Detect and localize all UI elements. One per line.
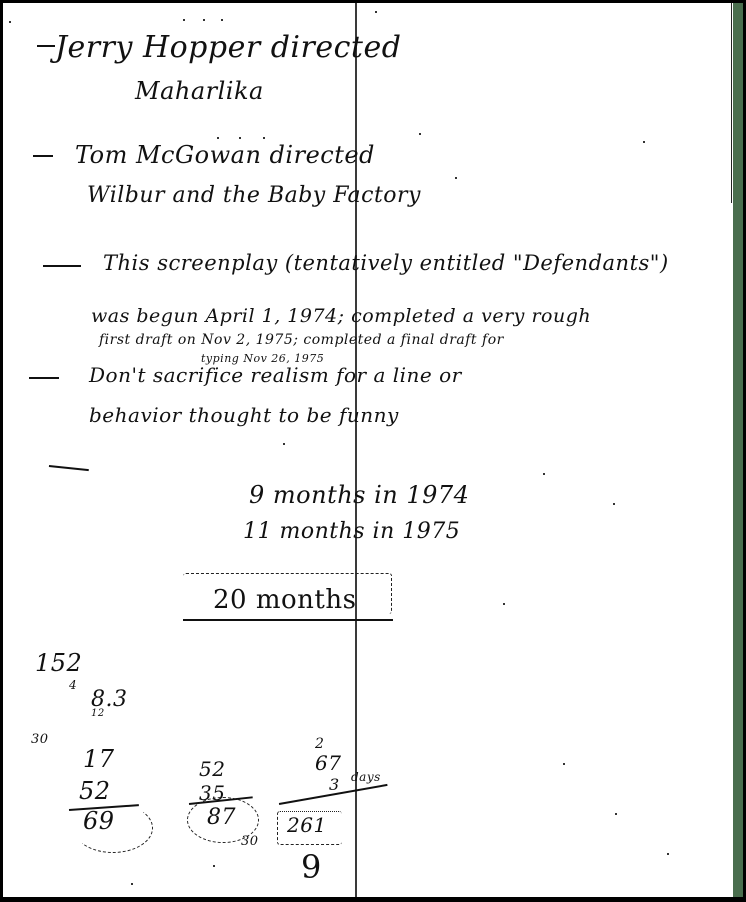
right-margin-rule	[731, 3, 732, 203]
scan-speck	[217, 137, 219, 139]
calc-col3-b: 3	[329, 777, 340, 793]
calc-col1-b: 52	[79, 779, 111, 803]
calc-bottom: 9	[301, 851, 322, 883]
scan-speck	[613, 503, 615, 505]
calc-top: 152	[35, 651, 82, 675]
scan-speck	[283, 443, 285, 445]
scan-speck	[455, 177, 457, 179]
note-hopper-line1: Jerry Hopper directed	[55, 33, 401, 63]
scan-speck	[9, 21, 11, 23]
scan-speck	[203, 19, 205, 21]
scan-speck	[643, 141, 645, 143]
duration-1975: 11 months in 1975	[243, 521, 460, 543]
note-screenplay-line3: first draft on Nov 2, 1975; completed a …	[99, 333, 504, 347]
scan-speck	[615, 813, 617, 815]
scan-speck	[563, 763, 565, 765]
empty-bullet-dash	[49, 465, 89, 471]
note-screenplay-line1: This screenplay (tentatively entitled "D…	[103, 253, 669, 274]
scan-speck	[183, 19, 185, 21]
calc-side-note: 30	[31, 733, 49, 746]
bullet-dash	[29, 377, 59, 379]
calc-col1-a: 17	[83, 747, 115, 771]
calc-col2-result: 87	[207, 807, 236, 829]
scan-speck	[375, 11, 377, 13]
duration-total: 20 months	[213, 587, 356, 613]
note-realism-line2: behavior thought to be funny	[89, 405, 399, 425]
calc-col3-top: 2	[315, 737, 324, 751]
duration-1974: 9 months in 1974	[249, 483, 469, 507]
scan-speck	[131, 883, 133, 885]
note-mcgowan-line2: Wilbur and the Baby Factory	[87, 185, 421, 207]
calc-col2-note: 30	[241, 835, 259, 848]
note-realism-line1: Don't sacrifice realism for a line or	[89, 365, 462, 385]
bullet-dash	[43, 265, 81, 267]
scan-speck	[543, 473, 545, 475]
calc-col3-result: 261	[287, 815, 327, 835]
calc-col1-circle	[73, 803, 153, 853]
note-screenplay-line2: was begun April 1, 1974; completed a ver…	[91, 307, 591, 326]
calc-mid-sub: 12	[91, 709, 105, 719]
scan-speck	[213, 865, 215, 867]
scan-speck	[221, 19, 223, 21]
scan-speck	[667, 853, 669, 855]
scan-speck	[503, 603, 505, 605]
scan-speck	[239, 137, 241, 139]
calc-col2-a: 52	[199, 759, 225, 779]
calc-col3-a: 67	[315, 753, 341, 773]
scan-edge-strip	[733, 3, 743, 897]
note-mcgowan-line1: Tom McGowan directed	[75, 143, 375, 167]
bullet-dash	[37, 45, 55, 47]
scan-speck	[263, 137, 265, 139]
bullet-dash	[33, 155, 53, 157]
scan-speck	[419, 133, 421, 135]
handwritten-page: Jerry Hopper directed Maharlika Tom McGo…	[3, 3, 733, 897]
calc-top-small: 4	[69, 679, 77, 691]
note-hopper-line2: Maharlika	[135, 79, 264, 103]
page-fold-line	[355, 3, 357, 897]
total-underline	[183, 619, 393, 621]
calc-col3-unit: days	[351, 771, 381, 783]
